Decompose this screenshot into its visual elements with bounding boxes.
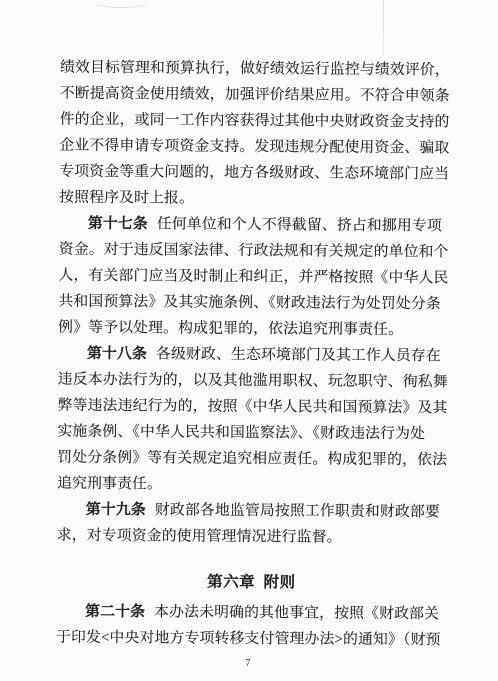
text-line: 弊等违法违纪行为的，按照《中华人民共和国预算法》及其 bbox=[58, 393, 448, 422]
body-text: 绩效目标管理和预算执行，做好绩效运行监控与绩效评价， 不断提高资金使用绩效，加强… bbox=[56, 55, 450, 654]
text-line: 实施条例、《中华人民共和国监察法》、《财政违法行为处 bbox=[57, 419, 447, 448]
scan-artifact-arc bbox=[94, 0, 148, 8]
chapter-heading: 第六章 附则 bbox=[56, 569, 446, 598]
article-text: 财政部各地监管局按照工作职责和财政部要 bbox=[155, 502, 440, 520]
text-line: 件的企业，或同一工作内容获得过其他中央财政资金支持的 bbox=[60, 107, 450, 136]
text-line: 求，对专项资金的使用管理情况进行监督。 bbox=[57, 523, 447, 552]
article-text: 本办法未明确的其他事宜，按照《财政部关 bbox=[154, 604, 439, 622]
text-line: 资金。对于违反国家法律、行政法规和有关规定的单位和个 bbox=[59, 237, 449, 266]
text-line: 绩效目标管理和预算执行，做好绩效运行监控与绩效评价， bbox=[60, 55, 450, 84]
text-line: 第十八条各级财政、生态环境部门及其工作人员存在 bbox=[58, 341, 448, 370]
text-line: 追究刑事责任。 bbox=[57, 471, 447, 500]
text-line: 不断提高资金使用绩效，加强评价结果应用。不符合申领条 bbox=[60, 81, 450, 110]
article-number: 第十九条 bbox=[86, 502, 146, 518]
article-number: 第十八条 bbox=[87, 346, 147, 362]
text-line: 人，有关部门应当及时制止和纠正，并严格按照《中华人民 bbox=[58, 263, 448, 292]
page-number: 7 bbox=[0, 658, 496, 669]
text-line: 专项资金等重大问题的，地方各级财政、生态环境部门应当 bbox=[59, 159, 449, 188]
article-text: 各级财政、生态环境部门及其工作人员存在 bbox=[156, 346, 441, 364]
text-line: 企业不得申请专项资金支持。发现违规分配使用资金、骗取 bbox=[59, 133, 449, 162]
text-line: 按照程序及时上报。 bbox=[59, 185, 449, 214]
text-line: 例》等予以处理。构成犯罪的，依法追究刑事责任。 bbox=[58, 315, 448, 344]
text-line: 第十九条财政部各地监管局按照工作职责和财政部要 bbox=[57, 497, 447, 526]
article-number: 第十七条 bbox=[88, 216, 148, 232]
text-line: 违反本办法行为的，以及其他滥用职权、玩忽职守、徇私舞 bbox=[58, 367, 448, 396]
article-number: 第二十条 bbox=[85, 604, 145, 620]
scan-artifact-vline bbox=[383, 0, 384, 55]
text-line: 第十七条任何单位和个人不得截留、挤占和挪用专项 bbox=[59, 211, 449, 240]
text-line: 罚处分条例》等有关规定追究相应责任。构成犯罪的，依法 bbox=[57, 445, 447, 474]
document-sheet: 绩效目标管理和预算执行，做好绩效运行监控与绩效评价， 不断提高资金使用绩效，加强… bbox=[0, 0, 498, 681]
text-line: 第二十条本办法未明确的其他事宜，按照《财政部关 bbox=[56, 599, 446, 628]
text-line: 共和国预算法》及其实施条例、《财政违法行为处罚处分条 bbox=[58, 289, 448, 318]
text-line: 于印发<中央对地方专项转移支付管理办法>的通知》（财预 bbox=[56, 625, 446, 654]
article-text: 任何单位和个人不得截留、挤占和挪用专项 bbox=[157, 216, 442, 234]
